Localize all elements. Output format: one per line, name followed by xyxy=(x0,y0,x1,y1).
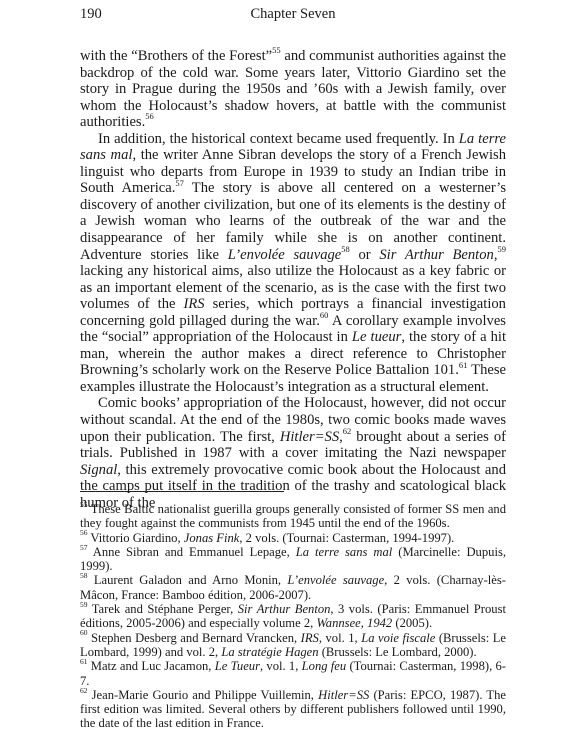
text-run: or xyxy=(350,247,380,263)
footnote-59: 59 Tarek and Stéphane Perger, Sir Arthur… xyxy=(80,602,506,631)
footnote-61: 61 Matz and Luc Jacamon, Le Tueur, vol. … xyxy=(80,659,506,688)
italic-title: Hitler=SS xyxy=(280,429,339,445)
footnote-ref: 56 xyxy=(145,111,154,121)
footnote-ref: 55 xyxy=(272,45,281,55)
footnote-number: 56 xyxy=(80,528,88,537)
text-run: Vittorio Giardino, xyxy=(88,531,184,545)
text-run: Matz and Luc Jacamon, xyxy=(88,659,215,673)
body-paragraph: Comic books’ appropriation of the Holoca… xyxy=(80,395,506,511)
italic-title: La voie fiscale xyxy=(361,631,435,645)
text-run: (2005). xyxy=(392,616,432,630)
footnote-number: 62 xyxy=(80,686,88,695)
main-body-text: with the “Brothers of the Forest”55 and … xyxy=(80,48,506,511)
body-paragraph: with the “Brothers of the Forest”55 and … xyxy=(80,48,506,131)
text-run: , vol. 1, xyxy=(260,659,302,673)
footnote-ref: 61 xyxy=(459,360,468,370)
italic-title: La terre sans mal xyxy=(296,545,393,559)
footnote-number: 57 xyxy=(80,543,88,552)
footnotes: 55 These Baltic nationalist guerilla gro… xyxy=(80,502,506,731)
footnote-ref: 60 xyxy=(320,310,329,320)
italic-title: Le Tueur xyxy=(215,659,260,673)
italic-title: Signal xyxy=(80,462,117,478)
footnote-57: 57 Anne Sibran and Emmanuel Lepage, La t… xyxy=(80,545,506,574)
italic-title: IRS xyxy=(184,296,205,312)
footnote-ref: 59 xyxy=(497,244,506,254)
footnote-58: 58 Laurent Galadon and Arno Monin, L’env… xyxy=(80,573,506,602)
footnote-60: 60 Stephen Desberg and Bernard Vrancken,… xyxy=(80,631,506,660)
footnote-number: 55 xyxy=(80,500,88,509)
text-run: (Brussels: Le Lombard, 2000). xyxy=(319,645,477,659)
italic-title: L’envolée sauvage xyxy=(228,247,342,263)
page-header: 190 Chapter Seven xyxy=(80,6,506,24)
text-run: with the “Brothers of the Forest” xyxy=(80,48,272,64)
footnote-ref: 58 xyxy=(341,244,350,254)
footnote-number: 61 xyxy=(80,657,88,666)
italic-title: Long feu xyxy=(302,659,347,673)
italic-title: Sir Arthur Benton xyxy=(238,602,331,616)
italic-title: Sir Arthur Benton xyxy=(379,247,493,263)
footnote-56: 56 Vittorio Giardino, Jonas Fink, 2 vols… xyxy=(80,531,506,545)
text-run: Tarek and Stéphane Perger, xyxy=(88,602,238,616)
italic-title: Jonas Fink xyxy=(184,531,240,545)
text-run: Laurent Galadon and Arno Monin, xyxy=(88,573,288,587)
footnote-ref: 62 xyxy=(343,426,352,436)
italic-title: Le tueur xyxy=(352,329,401,345)
text-run: In addition, the historical context beca… xyxy=(98,131,459,147)
text-run: Stephen Desberg and Bernard Vrancken, xyxy=(88,631,301,645)
text-run: , vol. 1, xyxy=(319,631,361,645)
footnote-62: 62 Jean-Marie Gourio and Philippe Vuille… xyxy=(80,688,506,731)
running-head: Chapter Seven xyxy=(80,6,506,23)
footnote-ref: 57 xyxy=(175,178,184,188)
italic-title: Wannsee, 1942 xyxy=(316,616,392,630)
italic-title: Hitler=SS xyxy=(318,688,369,702)
text-run: , 2 vols. (Tournai: Casterman, 1994-1997… xyxy=(239,531,454,545)
italic-title: L’envolée sauvage xyxy=(287,573,384,587)
text-run: Anne Sibran and Emmanuel Lepage, xyxy=(88,545,296,559)
footnote-number: 59 xyxy=(80,600,88,609)
footnote-number: 60 xyxy=(80,628,88,637)
text-run: Jean-Marie Gourio and Philippe Vuillemin… xyxy=(88,688,319,702)
footnote-55: 55 These Baltic nationalist guerilla gro… xyxy=(80,502,506,531)
footnote-number: 58 xyxy=(80,571,88,580)
footnote-separator xyxy=(80,491,284,492)
body-paragraph: In addition, the historical context beca… xyxy=(80,131,506,396)
italic-title: IRS xyxy=(301,631,319,645)
italic-title: La stratégie Hagen xyxy=(221,645,318,659)
text-run: These Baltic nationalist guerilla groups… xyxy=(80,502,506,530)
